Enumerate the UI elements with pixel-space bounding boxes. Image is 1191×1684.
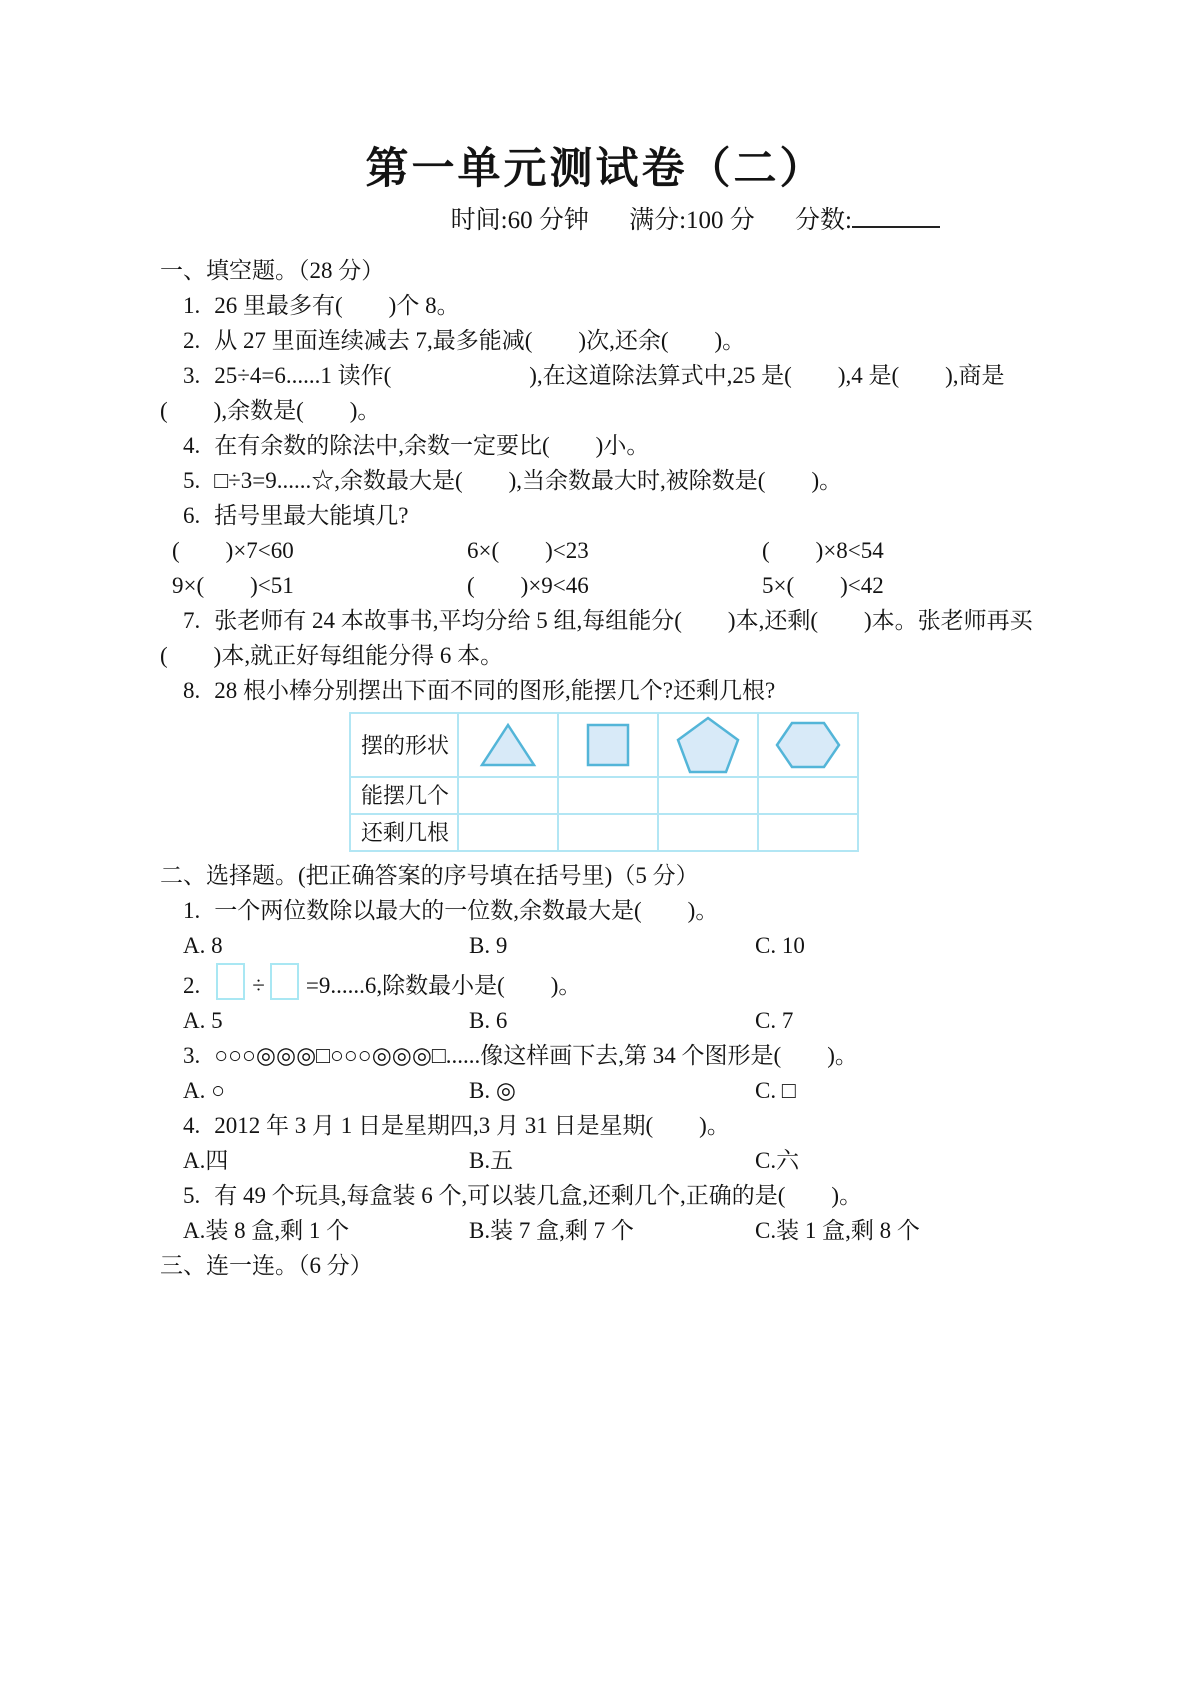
triangle-icon — [479, 722, 537, 768]
bracket-expression: 5×( )<42 — [762, 568, 1040, 603]
item-number: 3. — [183, 1043, 200, 1068]
choice-question-4: 4.2012 年 3 月 1 日是星期四,3 月 31 日是星期( )。 — [160, 1108, 1040, 1143]
option-b: B. 9 — [469, 928, 755, 963]
score-blank-line — [852, 204, 940, 228]
item-text: 有 49 个玩具,每盒装 6 个,可以装几盒,还剩几个,正确的是( )。 — [214, 1183, 862, 1208]
section-2-heading: 二、选择题。(把正确答案的序号填在括号里)（5 分） — [160, 858, 1040, 893]
section-3-heading: 三、连一连。（6 分） — [160, 1248, 1040, 1283]
bracket-expression: ( )×8<54 — [762, 533, 1040, 568]
item-number: 4. — [183, 433, 200, 458]
row-label: 摆的形状 — [350, 713, 458, 777]
row-label: 还剩几根 — [350, 814, 458, 851]
fill-item-1: 1.26 里最多有( )个 8。 — [160, 288, 1040, 323]
empty-cell — [458, 777, 558, 814]
section-1-heading: 一、填空题。（28 分） — [160, 253, 1040, 288]
item-number: 1. — [183, 898, 200, 923]
item-number: 1. — [183, 293, 200, 318]
page-title: 第一单元测试卷（二） — [0, 0, 1191, 194]
hexagon-icon — [775, 719, 841, 771]
exam-meta: 时间:60 分钟 满分:100 分 分数: — [0, 204, 1191, 237]
bracket-expression: 6×( )<23 — [467, 533, 762, 568]
item-text: 26 里最多有( )个 8。 — [214, 293, 459, 318]
fill-item-7: 7.张老师有 24 本故事书,平均分给 5 组,每组能分( )本,还剩( )本。… — [160, 603, 1040, 673]
empty-cell — [558, 814, 658, 851]
option-a: A. 5 — [183, 1003, 469, 1038]
row-label: 能摆几个 — [350, 777, 458, 814]
option-c: C. 10 — [755, 928, 1040, 963]
fill-item-2: 2.从 27 里面连续减去 7,最多能减( )次,还余( )。 — [160, 323, 1040, 358]
item-text: 2012 年 3 月 1 日是星期四,3 月 31 日是星期( )。 — [214, 1113, 730, 1138]
option-a: A.四 — [183, 1143, 469, 1178]
choice-question-5: 5.有 49 个玩具,每盒装 6 个,可以装几盒,还剩几个,正确的是( )。 — [160, 1178, 1040, 1213]
item-number: 8. — [183, 678, 200, 703]
choice-question-2: 2.÷=9......6,除数最小是( )。 — [160, 963, 1040, 1003]
item-number: 7. — [183, 608, 200, 633]
option-c: C.装 1 盒,剩 8 个 — [755, 1213, 1040, 1248]
bracket-row-1: ( )×7<60 6×( )<23 ( )×8<54 — [160, 533, 1040, 568]
item-number: 2. — [183, 973, 200, 998]
option-row-3: A. ○ B. ◎ C. □ — [160, 1073, 1040, 1108]
empty-cell — [458, 814, 558, 851]
option-c: C. □ — [755, 1073, 1040, 1108]
option-b: B.装 7 盒,剩 7 个 — [469, 1213, 755, 1248]
square-icon — [585, 722, 631, 768]
paper-body: 一、填空题。（28 分） 1.26 里最多有( )个 8。 2.从 27 里面连… — [0, 253, 1191, 1283]
bracket-row-2: 9×( )<51 ( )×9<46 5×( )<42 — [160, 568, 1040, 603]
time-label: 时间:60 分钟 — [451, 207, 589, 234]
option-a: A. 8 — [183, 928, 469, 963]
choice-question-1: 1.一个两位数除以最大的一位数,余数最大是( )。 — [160, 893, 1040, 928]
item-text: 25÷4=6......1 读作( ),在这道除法算式中,25 是( ),4 是… — [160, 363, 1005, 423]
option-row-5: A.装 8 盒,剩 1 个 B.装 7 盒,剩 7 个 C.装 1 盒,剩 8 … — [160, 1213, 1040, 1248]
option-b: B.五 — [469, 1143, 755, 1178]
fill-item-5: 5.□÷3=9......☆,余数最大是( ),当余数最大时,被除数是( )。 — [160, 463, 1040, 498]
item-text: ○○○◎◎◎□○○○◎◎◎□......像这样画下去,第 34 个图形是( )。 — [214, 1043, 858, 1068]
table-row-count: 能摆几个 — [350, 777, 858, 814]
item-text: =9......6,除数最小是( )。 — [306, 973, 582, 998]
test-paper-page: 第一单元测试卷（二） 时间:60 分钟 满分:100 分 分数: 一、填空题。（… — [0, 0, 1191, 1684]
empty-cell — [658, 777, 758, 814]
empty-cell — [558, 777, 658, 814]
item-text: 在有余数的除法中,余数一定要比( )小。 — [214, 433, 649, 458]
option-row-4: A.四 B.五 C.六 — [160, 1143, 1040, 1178]
option-b: B. ◎ — [469, 1073, 755, 1108]
option-a: A. ○ — [183, 1073, 469, 1108]
empty-cell — [658, 814, 758, 851]
item-number: 2. — [183, 328, 200, 353]
option-row-2: A. 5 B. 6 C. 7 — [160, 1003, 1040, 1038]
item-number: 4. — [183, 1113, 200, 1138]
item-text: 括号里最大能填几? — [214, 503, 408, 528]
divide-sign: ÷ — [252, 973, 265, 998]
empty-cell — [758, 777, 858, 814]
option-c: C.六 — [755, 1143, 1040, 1178]
bracket-expression: ( )×9<46 — [467, 568, 762, 603]
item-text: 从 27 里面连续减去 7,最多能减( )次,还余( )。 — [214, 328, 745, 353]
item-text: 张老师有 24 本故事书,平均分给 5 组,每组能分( )本,还剩( )本。张老… — [160, 608, 1033, 668]
table-row-remainder: 还剩几根 — [350, 814, 858, 851]
blank-box-icon — [270, 963, 299, 1000]
item-number: 3. — [183, 363, 200, 388]
option-row-1: A. 8 B. 9 C. 10 — [160, 928, 1040, 963]
empty-cell — [758, 814, 858, 851]
full-score-label: 满分:100 分 — [629, 207, 755, 234]
bracket-expression: 9×( )<51 — [172, 568, 467, 603]
fill-item-8: 8.28 根小棒分别摆出下面不同的图形,能摆几个?还剩几根? — [160, 673, 1040, 708]
score-label: 分数: — [795, 207, 852, 234]
shape-cell — [758, 713, 858, 777]
blank-box-icon — [216, 963, 245, 1000]
item-number: 5. — [183, 1183, 200, 1208]
shapes-table: 摆的形状 能摆几个 — [349, 712, 859, 852]
item-text: □÷3=9......☆,余数最大是( ),当余数最大时,被除数是( )。 — [214, 468, 842, 493]
fill-item-4: 4.在有余数的除法中,余数一定要比( )小。 — [160, 428, 1040, 463]
shape-cell — [458, 713, 558, 777]
item-number: 5. — [183, 468, 200, 493]
choice-question-3: 3.○○○◎◎◎□○○○◎◎◎□......像这样画下去,第 34 个图形是( … — [160, 1038, 1040, 1073]
shape-cell — [658, 713, 758, 777]
table-row-shapes: 摆的形状 — [350, 713, 858, 777]
fill-item-3: 3.25÷4=6......1 读作( ),在这道除法算式中,25 是( ),4… — [160, 358, 1040, 428]
option-a: A.装 8 盒,剩 1 个 — [183, 1213, 469, 1248]
item-text: 28 根小棒分别摆出下面不同的图形,能摆几个?还剩几根? — [214, 678, 775, 703]
bracket-expression: ( )×7<60 — [172, 533, 467, 568]
fill-item-6: 6.括号里最大能填几? — [160, 498, 1040, 533]
item-number: 6. — [183, 503, 200, 528]
item-text: 一个两位数除以最大的一位数,余数最大是( )。 — [214, 898, 718, 923]
shape-cell — [558, 713, 658, 777]
option-c: C. 7 — [755, 1003, 1040, 1038]
option-b: B. 6 — [469, 1003, 755, 1038]
pentagon-icon — [676, 716, 740, 774]
